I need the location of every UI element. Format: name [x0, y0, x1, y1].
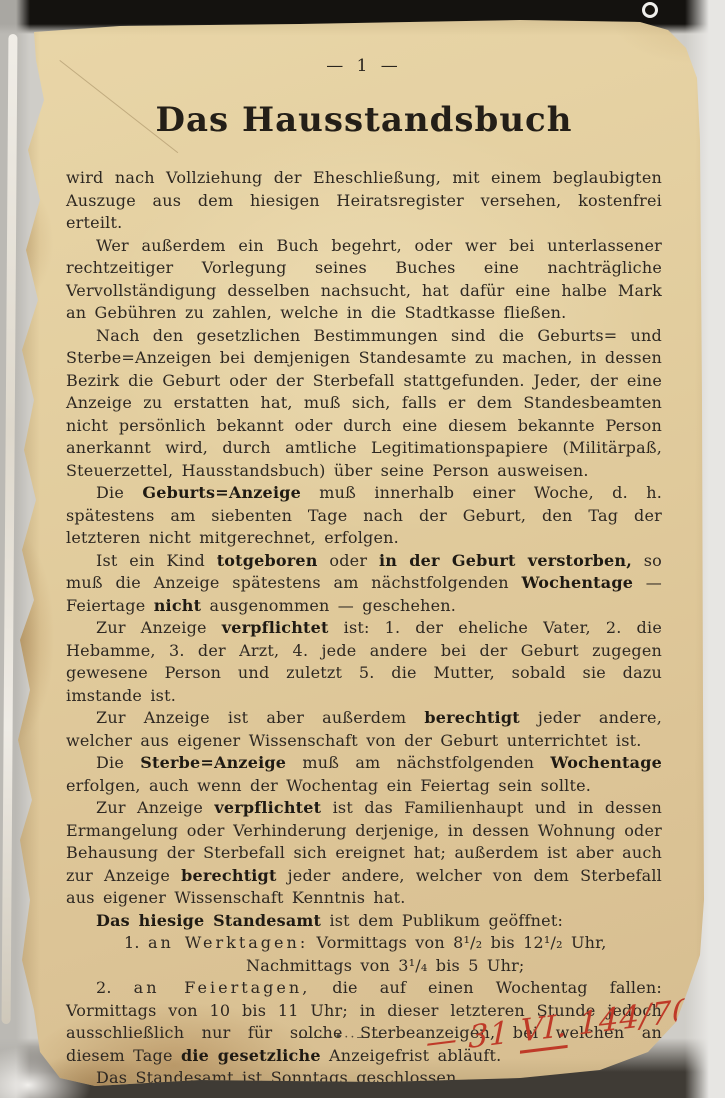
text-segment: Die	[96, 753, 140, 772]
text-segment: Das Standesamt ist Sonntags geschlossen.	[96, 1068, 462, 1087]
punch-hole	[645, 5, 655, 15]
paragraph: wird nach Vollziehung der Eheschließung,…	[66, 167, 662, 235]
text-segment: Sterbe=Anzeige	[140, 753, 286, 772]
paragraph: 1. an Werktagen: Vormittags von 8¹/₂ bis…	[66, 932, 662, 955]
paragraph: Das Standesamt ist Sonntags geschlossen.	[66, 1067, 662, 1090]
text-segment: in der Geburt verstorben,	[379, 551, 632, 570]
paragraph: Die Sterbe=Anzeige muß am nächstfolgende…	[66, 752, 662, 797]
text-segment: ausgenommen — geschehen.	[201, 596, 456, 615]
text-segment: Vormittags von 8¹/₂ bis 12¹/₂ Uhr,	[308, 933, 606, 952]
text-segment: 2.	[96, 978, 134, 997]
text-segment: berechtigt	[424, 708, 519, 727]
paragraph: Die Geburts=Anzeige muß innerhalb einer …	[66, 482, 662, 550]
scanned-page: — 1 — Das Hausstandsbuch wird nach Vollz…	[0, 0, 725, 1098]
text-segment: Geburts=Anzeige	[142, 483, 301, 502]
paragraph: Nach den gesetzlichen Bestimmungen sind …	[66, 325, 662, 483]
text-segment: an Werktagen:	[148, 933, 308, 952]
section-divider: ——·•··——	[270, 1030, 415, 1045]
paragraph: Wer außerdem ein Buch begehrt, oder wer …	[66, 235, 662, 325]
text-segment: wird nach Vollziehung der Eheschließung,…	[66, 168, 662, 232]
paper-sheet: — 1 — Das Hausstandsbuch wird nach Vollz…	[0, 0, 725, 1098]
binding-page-sliver	[2, 34, 18, 1024]
text-segment: Das hiesige Standesamt	[96, 911, 321, 930]
text-segment: Nachmittags von 3¹/₄ bis 5 Uhr;	[246, 956, 525, 975]
paragraph: Zur Anzeige verpflichtet ist: 1. der ehe…	[66, 617, 662, 707]
text-segment: Ist ein Kind	[96, 551, 217, 570]
annotation-roman-numeral: VI.	[520, 1008, 568, 1054]
paragraph: Zur Anzeige verpflichtet ist das Familie…	[66, 797, 662, 910]
text-segment: Zur Anzeige	[96, 618, 222, 637]
text-segment: ist dem Publikum geöffnet:	[321, 911, 563, 930]
text-segment: Wochentage	[550, 753, 662, 772]
paragraph: Nachmittags von 3¹/₄ bis 5 Uhr;	[66, 955, 662, 978]
page-number: — 1 —	[66, 56, 662, 76]
paragraph: Das hiesige Standesamt ist dem Publikum …	[66, 910, 662, 933]
paragraph: Zur Anzeige ist aber außerdem berechtigt…	[66, 707, 662, 752]
text-segment: Zur Anzeige	[96, 798, 214, 817]
body-text: wird nach Vollziehung der Eheschließung,…	[66, 167, 662, 1090]
text-segment: oder	[318, 551, 379, 570]
text-segment: Nach den gesetzlichen Bestimmungen sind …	[66, 326, 662, 480]
text-segment: verpflichtet	[222, 618, 329, 637]
text-segment: muß am nächstfolgenden	[286, 753, 550, 772]
text-segment: totgeboren	[217, 551, 318, 570]
text-segment: die gesetzliche	[181, 1046, 321, 1065]
text-segment: an Feiertagen,	[134, 978, 311, 997]
text-segment: berechtigt	[181, 866, 276, 885]
document-title: Das Hausstandsbuch	[66, 100, 662, 140]
text-segment: 1.	[124, 933, 148, 952]
text-segment: Zur Anzeige ist aber außerdem	[96, 708, 424, 727]
text-segment: verpflichtet	[214, 798, 321, 817]
paragraph: Ist ein Kind totgeboren oder in der Gebu…	[66, 550, 662, 618]
text-segment: Die	[96, 483, 142, 502]
text-segment: erfolgen, auch wenn der Wochentag ein Fe…	[66, 776, 591, 795]
text-segment: Wer außerdem ein Buch begehrt, oder wer …	[66, 236, 662, 323]
text-segment: nicht	[154, 596, 201, 615]
text-segment: Wochentage	[521, 573, 633, 592]
